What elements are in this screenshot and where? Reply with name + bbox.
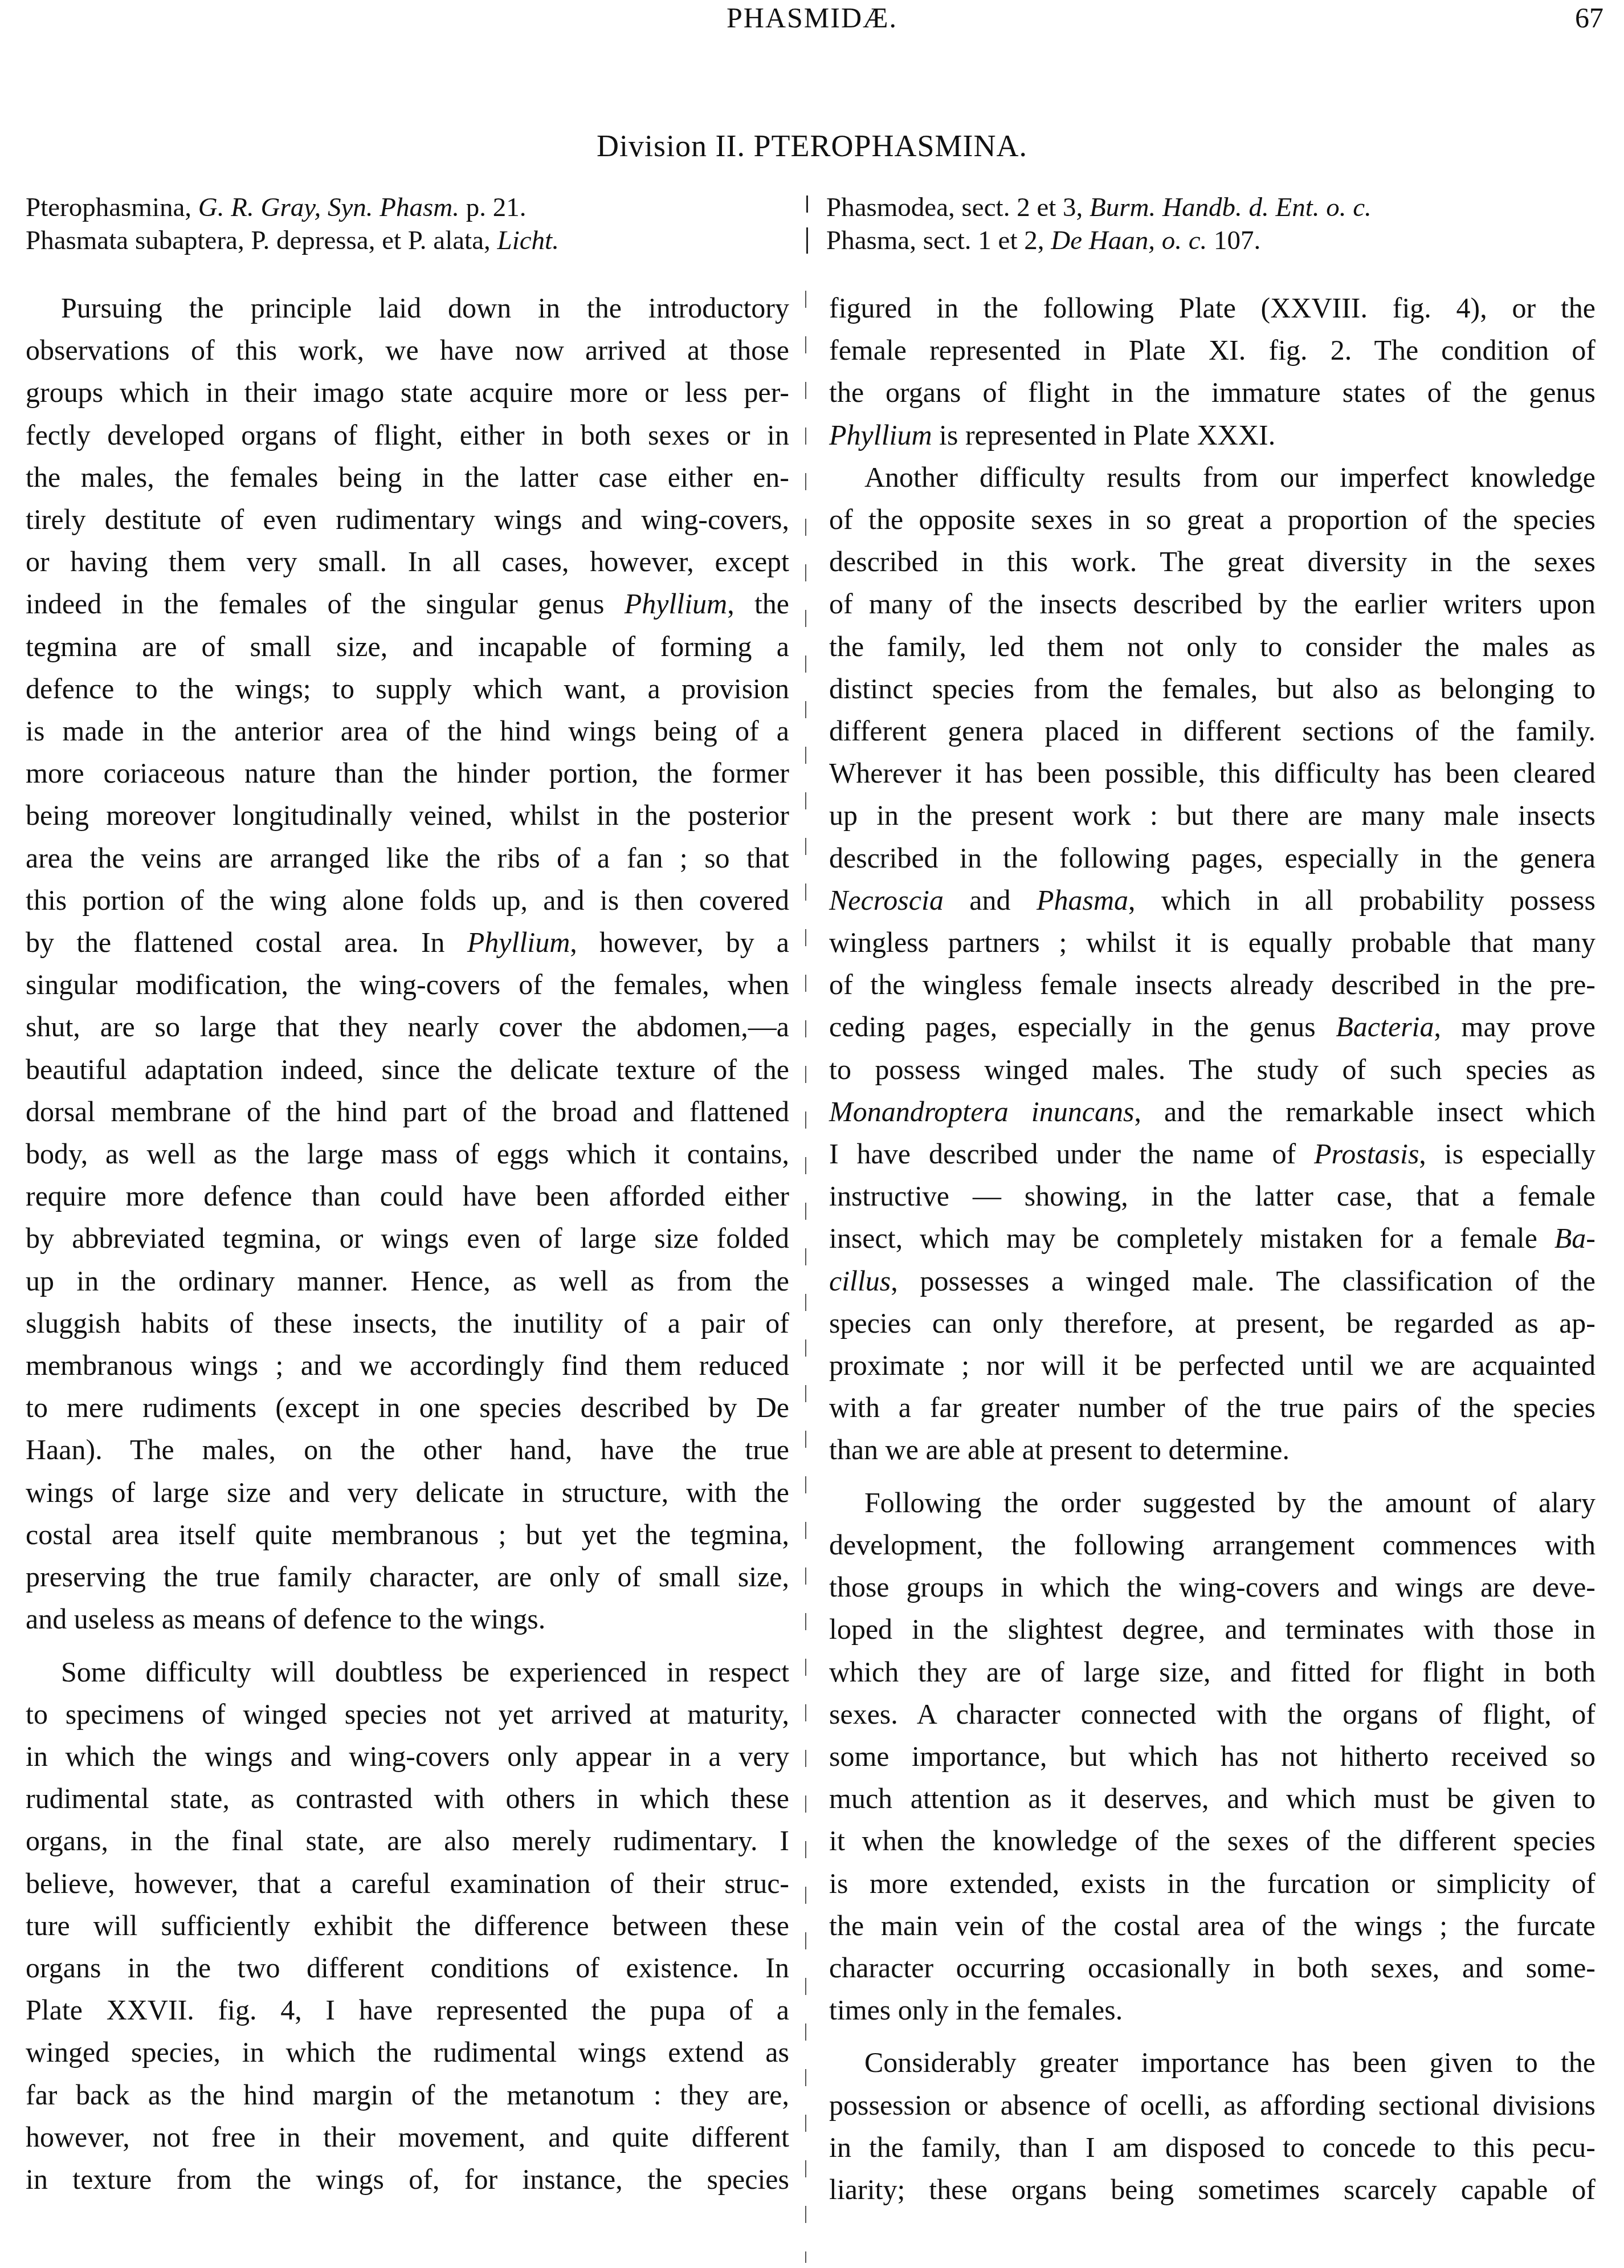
text-line: shut, are so large that they nearly cove… [26,1005,789,1048]
text-line: in which the wings and wing-covers only … [26,1735,789,1777]
paragraph-gap [26,1640,789,1651]
text-line: to possess winged males. The study of su… [829,1048,1596,1090]
synonyms-right: Phasmodea, sect. 2 et 3, Burm. Handb. d.… [803,191,1621,257]
text-line: to specimens of winged species not yet a… [26,1693,789,1735]
body-column-left: Pursuing the principle laid down in the … [26,287,789,2200]
text-line: much attention as it deserves, and which… [829,1777,1596,1819]
synonyms-left: Pterophasmina, G. R. Gray, Syn. Phasm. p… [26,191,789,257]
text-line: by abbreviated tegmina, or wings even of… [26,1217,789,1259]
running-head: PHASMIDÆ. 67 [0,0,1624,40]
synonym-line: Phasma, sect. 1 et 2, De Haan, o. c. 107… [826,224,1621,257]
text-line: figured in the following Plate (XXVIII. … [829,287,1596,329]
text-line: area the veins are arranged like the rib… [26,837,789,879]
text-line: than we are able at present to determine… [829,1428,1596,1471]
text-line: is made in the anterior area of the hind… [26,710,789,752]
text-line: in the family, than I am disposed to con… [829,2126,1596,2168]
text-line: liarity; these organs being sometimes sc… [829,2168,1596,2210]
text-line: which they are of large size, and fitted… [829,1651,1596,1693]
text-line: and useless as means of defence to the w… [26,1598,789,1640]
text-line: to mere rudiments (except in one species… [26,1386,789,1428]
text-line: by the flattened costal area. In Phylliu… [26,921,789,963]
body-column-right: figured in the following Plate (XXVIII. … [829,287,1596,2210]
text-line: distinct species from the females, but a… [829,667,1596,710]
text-line: Phyllium is represented in Plate XXXI. [829,414,1596,456]
text-line: Haan). The males, on the other hand, hav… [26,1428,789,1471]
column-divider [805,291,806,2263]
text-line: different genera placed in different sec… [829,710,1596,752]
text-line: ceding pages, especially in the genus Ba… [829,1005,1596,1048]
synonym-line: Phasmodea, sect. 2 et 3, Burm. Handb. d.… [826,191,1621,224]
text-line: is more extended, exists in the furcatio… [829,1862,1596,1904]
text-line: the family, led them not only to conside… [829,625,1596,667]
text-line: Considerably greater importance has been… [829,2041,1596,2083]
text-line: the organs of flight in the immature sta… [829,371,1596,413]
text-line: Necroscia and Phasma, which in all proba… [829,879,1596,921]
synonym-line: Phasmata subaptera, P. depressa, et P. a… [26,224,789,257]
text-line: possession or absence of ocelli, as affo… [829,2084,1596,2126]
text-line: sluggish habits of these insects, the in… [26,1302,789,1344]
text-line: of many of the insects described by the … [829,583,1596,625]
text-line: those groups in which the wing-covers an… [829,1566,1596,1608]
text-line: observations of this work, we have now a… [26,329,789,371]
text-line: or having them very small. In all cases,… [26,540,789,583]
page-number: 67 [1575,1,1603,34]
text-line: rudimental state, as contrasted with oth… [26,1777,789,1819]
text-line: require more defence than could have bee… [26,1175,789,1217]
text-line: cillus, possesses a winged male. The cla… [829,1260,1596,1302]
paragraph-gap [829,2031,1596,2041]
text-line: Monandroptera inuncans, and the remarkab… [829,1090,1596,1133]
text-line: with a far greater number of the true pa… [829,1386,1596,1428]
text-line: the males, the females being in the latt… [26,456,789,498]
text-line: species can only therefore, at present, … [829,1302,1596,1344]
text-line: times only in the females. [829,1989,1596,2031]
text-line: dorsal membrane of the hind part of the … [26,1090,789,1133]
text-line: character occurring occasionally in both… [829,1947,1596,1989]
text-line: of the opposite sexes in so great a prop… [829,498,1596,540]
text-line: instructive — showing, in the latter cas… [829,1175,1596,1217]
text-line: described in the following pages, especi… [829,837,1596,879]
text-line: up in the ordinary manner. Hence, as wel… [26,1260,789,1302]
text-line: singular modification, the wing-covers o… [26,963,789,1005]
text-line: up in the present work : but there are m… [829,794,1596,836]
text-line: organs, in the final state, are also mer… [26,1819,789,1862]
text-line: loped in the slightest degree, and termi… [829,1608,1596,1650]
text-line: described in this work. The great divers… [829,540,1596,583]
text-line: organs in the two different conditions o… [26,1947,789,1989]
text-line: tirely destitute of even rudimentary win… [26,498,789,540]
text-line: more coriaceous nature than the hinder p… [26,752,789,794]
text-line: I have described under the name of Prost… [829,1133,1596,1175]
text-line: indeed in the females of the singular ge… [26,583,789,625]
text-line: beautiful adaptation indeed, since the d… [26,1048,789,1090]
text-line: tegmina are of small size, and incapable… [26,625,789,667]
text-line: insect, which may be completely mistaken… [829,1217,1596,1259]
division-title: Division II. PTEROPHASMINA. [0,128,1624,164]
text-line: believe, however, that a careful examina… [26,1862,789,1904]
text-line: Plate XXVII. fig. 4, I have represented … [26,1989,789,2031]
text-line: preserving the true family character, ar… [26,1556,789,1598]
text-line: proximate ; nor will it be perfected unt… [829,1344,1596,1386]
text-line: it when the knowledge of the sexes of th… [829,1819,1596,1862]
text-line: fectly developed organs of flight, eithe… [26,414,789,456]
text-line: of the wingless female insects already d… [829,963,1596,1005]
text-line: defence to the wings; to supply which wa… [26,667,789,710]
text-line: ture will sufficiently exhibit the diffe… [26,1904,789,1947]
text-line: the main vein of the costal area of the … [829,1904,1596,1947]
text-line: in texture from the wings of, for instan… [26,2158,789,2200]
text-line: being moreover longitudinally veined, wh… [26,794,789,836]
text-line: Some difficulty will doubtless be experi… [26,1651,789,1693]
text-line: some importance, but which has not hithe… [829,1735,1596,1777]
text-line: sexes. A character connected with the or… [829,1693,1596,1735]
text-line: Another difficulty results from our impe… [829,456,1596,498]
paragraph-gap [829,1471,1596,1481]
text-line: this portion of the wing alone folds up,… [26,879,789,921]
text-line: however, not free in their movement, and… [26,2116,789,2158]
synonym-line: Pterophasmina, G. R. Gray, Syn. Phasm. p… [26,191,789,224]
text-line: wingless partners ; whilst it is equally… [829,921,1596,963]
text-line: female represented in Plate XI. fig. 2. … [829,329,1596,371]
text-line: costal area itself quite membranous ; bu… [26,1513,789,1556]
text-line: wings of large size and very delicate in… [26,1471,789,1513]
text-line: membranous wings ; and we accordingly fi… [26,1344,789,1386]
text-line: Pursuing the principle laid down in the … [26,287,789,329]
text-line: far back as the hind margin of the metan… [26,2074,789,2116]
text-line: development, the following arrangement c… [829,1524,1596,1566]
text-line: Following the order suggested by the amo… [829,1481,1596,1524]
text-line: body, as well as the large mass of eggs … [26,1133,789,1175]
text-line: winged species, in which the rudimental … [26,2031,789,2073]
text-line: groups which in their imago state acquir… [26,371,789,413]
running-title: PHASMIDÆ. [0,1,1624,34]
text-line: Wherever it has been possible, this diff… [829,752,1596,794]
